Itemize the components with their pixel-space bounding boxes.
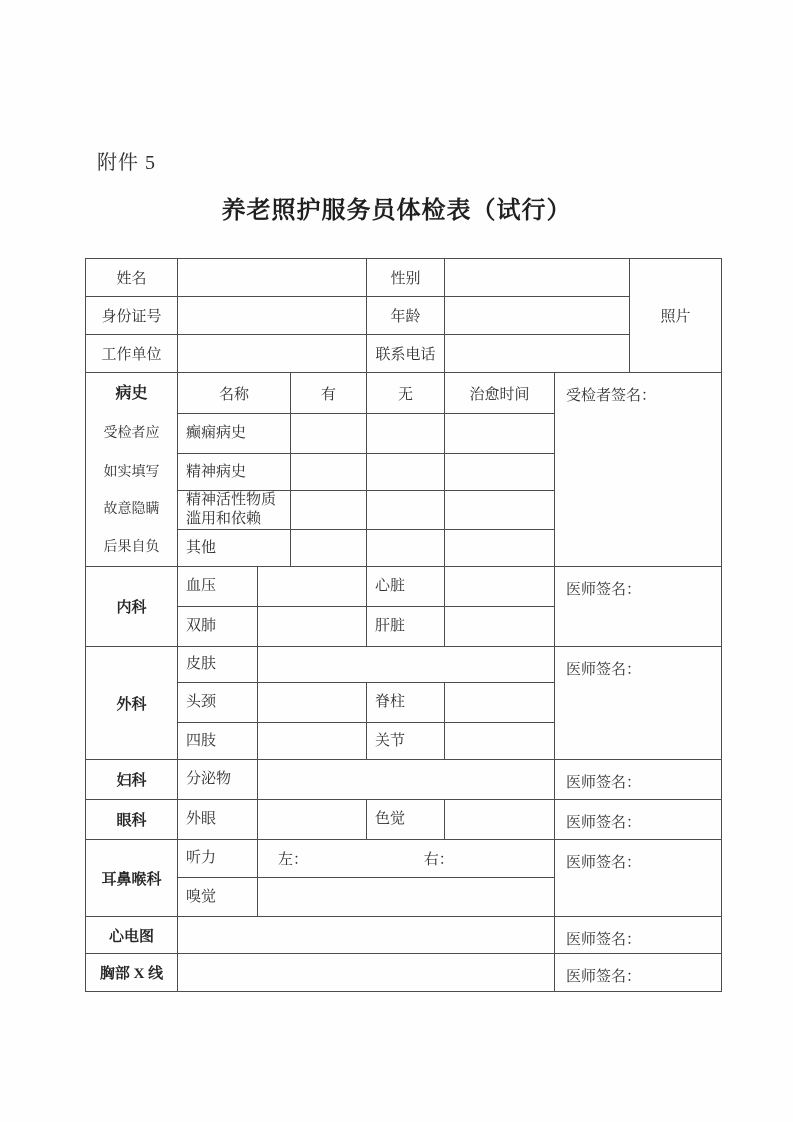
hearing-label-cell: 听力 — [178, 840, 258, 878]
joints-label-cell: 关节 — [367, 723, 445, 760]
photo-cell: 照片 — [630, 259, 722, 373]
external-eye-value-cell — [258, 800, 367, 840]
skin-value-cell — [258, 647, 555, 683]
history-yes-cell — [291, 529, 367, 566]
history-header-name: 名称 — [178, 373, 291, 414]
age-value-cell — [445, 297, 630, 335]
color-vision-value-cell — [445, 800, 555, 840]
lungs-value-cell — [258, 607, 367, 647]
workunit-value-cell — [178, 335, 367, 373]
gender-value-cell — [445, 259, 630, 297]
history-item-cell: 癫痫病史 — [178, 414, 291, 454]
hearing-left-label: 左： — [278, 852, 308, 868]
color-vision-label-cell: 色觉 — [367, 800, 445, 840]
table-row: 工作单位 联系电话 — [86, 335, 722, 373]
table-row: 耳鼻喉科 听力 左： 右： 医师签名： — [86, 840, 722, 878]
gynecology-section-cell: 妇科 — [86, 760, 178, 800]
table-row: 胸部 X 线 医师签名： — [86, 954, 722, 992]
history-header-yes: 有 — [291, 373, 367, 414]
history-header-curetime: 治愈时间 — [445, 373, 555, 414]
history-curetime-cell — [445, 454, 555, 491]
history-note-line: 后果自负 — [86, 529, 177, 566]
physician-signature-cell: 医师签名： — [555, 800, 722, 840]
ophthalmology-section-cell: 眼科 — [86, 800, 178, 840]
liver-value-cell — [445, 607, 555, 647]
ent-section-cell: 耳鼻喉科 — [86, 840, 178, 917]
id-value-cell — [178, 297, 367, 335]
ecg-value-cell — [178, 917, 555, 954]
joints-value-cell — [445, 723, 555, 760]
headneck-value-cell — [258, 683, 367, 723]
examinee-signature-cell: 受检者签名： — [555, 373, 722, 567]
chest-xray-value-cell — [178, 954, 555, 992]
limbs-label-cell: 四肢 — [178, 723, 258, 760]
history-no-cell — [367, 454, 445, 491]
hearing-right-label: 右： — [424, 852, 454, 868]
heart-label-cell: 心脏 — [367, 567, 445, 607]
bp-label-cell: 血压 — [178, 567, 258, 607]
bp-value-cell — [258, 567, 367, 607]
history-section-cell: 病史 受检者应 如实填写 故意隐瞒 后果自负 — [86, 373, 178, 567]
phone-value-cell — [445, 335, 630, 373]
history-no-cell — [367, 414, 445, 454]
spine-value-cell — [445, 683, 555, 723]
table-row: 身份证号 年龄 — [86, 297, 722, 335]
limbs-value-cell — [258, 723, 367, 760]
liver-label-cell: 肝脏 — [367, 607, 445, 647]
lungs-label-cell: 双肺 — [178, 607, 258, 647]
history-curetime-cell — [445, 414, 555, 454]
history-header-no: 无 — [367, 373, 445, 414]
spine-label-cell: 脊柱 — [367, 683, 445, 723]
table-row: 心电图 医师签名： — [86, 917, 722, 954]
history-curetime-cell — [445, 491, 555, 530]
label-gender-cell: 性别 — [367, 259, 445, 297]
history-item-cell: 精神活性物质滥用和依赖 — [178, 491, 291, 530]
table-row: 妇科 分泌物 医师签名： — [86, 760, 722, 800]
smell-value-cell — [258, 878, 555, 917]
label-name-cell: 姓名 — [86, 259, 178, 297]
physician-signature-cell: 医师签名： — [555, 954, 722, 992]
secretion-value-cell — [258, 760, 555, 800]
table-row: 病史 受检者应 如实填写 故意隐瞒 后果自负 名称 有 无 治愈时间 受检者签名… — [86, 373, 722, 414]
physician-signature-cell: 医师签名： — [555, 647, 722, 760]
history-note-line: 故意隐瞒 — [86, 491, 177, 529]
history-section-label: 病史 — [86, 373, 177, 414]
history-curetime-cell — [445, 529, 555, 566]
smell-label-cell: 嗅觉 — [178, 878, 258, 917]
label-workunit-cell: 工作单位 — [86, 335, 178, 373]
physician-signature-cell: 医师签名： — [555, 917, 722, 954]
physician-signature-cell: 医师签名： — [555, 760, 722, 800]
exam-form-table: 姓名 性别 照片 身份证号 年龄 工作单位 联系电话 病史 受检者应 如实填写 … — [85, 258, 722, 992]
external-eye-label-cell: 外眼 — [178, 800, 258, 840]
headneck-label-cell: 头颈 — [178, 683, 258, 723]
history-yes-cell — [291, 454, 367, 491]
surgery-section-cell: 外科 — [86, 647, 178, 760]
chest-xray-section-cell: 胸部 X 线 — [86, 954, 178, 992]
physician-signature-cell: 医师签名： — [555, 567, 722, 647]
physician-signature-cell: 医师签名： — [555, 840, 722, 917]
document-page: 附件 5 养老照护服务员体检表（试行） 姓名 性别 照片 身份证号 年龄 工作单… — [0, 0, 793, 1122]
table-row: 内科 血压 心脏 医师签名： — [86, 567, 722, 607]
skin-label-cell: 皮肤 — [178, 647, 258, 683]
internal-section-cell: 内科 — [86, 567, 178, 647]
ecg-section-cell: 心电图 — [86, 917, 178, 954]
history-no-cell — [367, 529, 445, 566]
history-item-cell: 精神病史 — [178, 454, 291, 491]
attachment-label: 附件 5 — [97, 146, 156, 175]
table-row: 眼科 外眼 色觉 医师签名： — [86, 800, 722, 840]
heart-value-cell — [445, 567, 555, 607]
table-row: 姓名 性别 照片 — [86, 259, 722, 297]
secretion-label-cell: 分泌物 — [178, 760, 258, 800]
label-age-cell: 年龄 — [367, 297, 445, 335]
table-row: 外科 皮肤 医师签名： — [86, 647, 722, 683]
history-yes-cell — [291, 491, 367, 530]
history-item-cell: 其他 — [178, 529, 291, 566]
label-id-cell: 身份证号 — [86, 297, 178, 335]
history-yes-cell — [291, 414, 367, 454]
label-phone-cell: 联系电话 — [367, 335, 445, 373]
hearing-value-cell: 左： 右： — [258, 840, 555, 878]
history-note-line: 受检者应 — [86, 414, 177, 454]
form-title: 养老照护服务员体检表（试行） — [0, 190, 793, 225]
name-value-cell — [178, 259, 367, 297]
history-note-line: 如实填写 — [86, 454, 177, 491]
history-no-cell — [367, 491, 445, 530]
